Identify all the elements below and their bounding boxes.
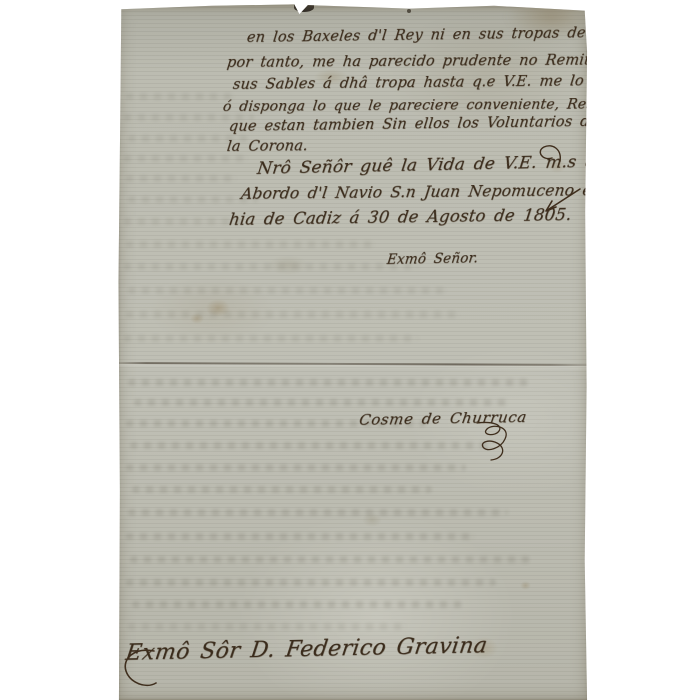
closing-line: Abordo d'l Navio S.n Juan Nepomuceno en … <box>240 181 588 203</box>
bleedthrough-line <box>130 442 490 449</box>
bleedthrough-line <box>124 218 242 225</box>
signature-rubric <box>463 419 519 463</box>
closing-line-date: hia de Cadiz á 30 de Agosto de 1805. <box>228 205 573 229</box>
date-flourish <box>538 187 582 215</box>
bleedthrough-line <box>132 601 462 608</box>
bleedthrough-line <box>124 335 419 342</box>
body-line: en los Baxeles d'l Rey ni en sus tropas … <box>246 24 588 46</box>
bleedthrough-line <box>128 509 508 516</box>
bleedthrough-line <box>128 196 258 203</box>
bleedthrough-line <box>124 155 249 162</box>
top-edge-toning <box>118 3 588 11</box>
bleedthrough-line <box>124 263 419 270</box>
addressee-line: Exmô Sôr D. Federico Gravina <box>124 633 489 666</box>
bleedthrough-line <box>128 379 528 386</box>
ink-dot <box>407 9 411 13</box>
bleedthrough-line <box>134 399 509 406</box>
addressee-flourish <box>120 645 160 691</box>
salutation-line: Exmô Señor. <box>386 250 479 268</box>
manuscript-page: en los Baxeles d'l Rey ni en sus tropas … <box>118 3 588 700</box>
body-line: por tanto, me ha parecido prudente no Re… <box>226 52 588 71</box>
bleedthrough-line <box>126 579 496 586</box>
fold-crease-highlight <box>118 364 588 371</box>
bleedthrough-line <box>128 623 408 630</box>
bleedthrough-line <box>130 556 530 563</box>
bleedthrough-line <box>126 464 466 471</box>
bleedthrough-line <box>128 287 448 294</box>
bleedthrough-line <box>126 175 238 182</box>
body-line: la Corona. <box>226 138 309 155</box>
bleedthrough-line <box>126 93 236 100</box>
body-line: sus Sables á dhâ tropa hasta q.e V.E. me… <box>232 73 588 93</box>
bleedthrough-line <box>126 311 461 318</box>
body-line: que estan tambien Sin ellos los Voluntar… <box>228 114 588 135</box>
photo-background: en los Baxeles d'l Rey ni en sus tropas … <box>0 0 700 700</box>
pen-flourish <box>522 141 564 165</box>
top-edge-tear <box>294 3 314 12</box>
bleedthrough-line <box>126 241 376 248</box>
body-line: ó disponga lo que le pareciere convenien… <box>222 96 588 115</box>
bleedthrough-line <box>126 533 476 540</box>
bleedthrough-line <box>132 486 432 493</box>
paper-stain <box>520 581 531 590</box>
